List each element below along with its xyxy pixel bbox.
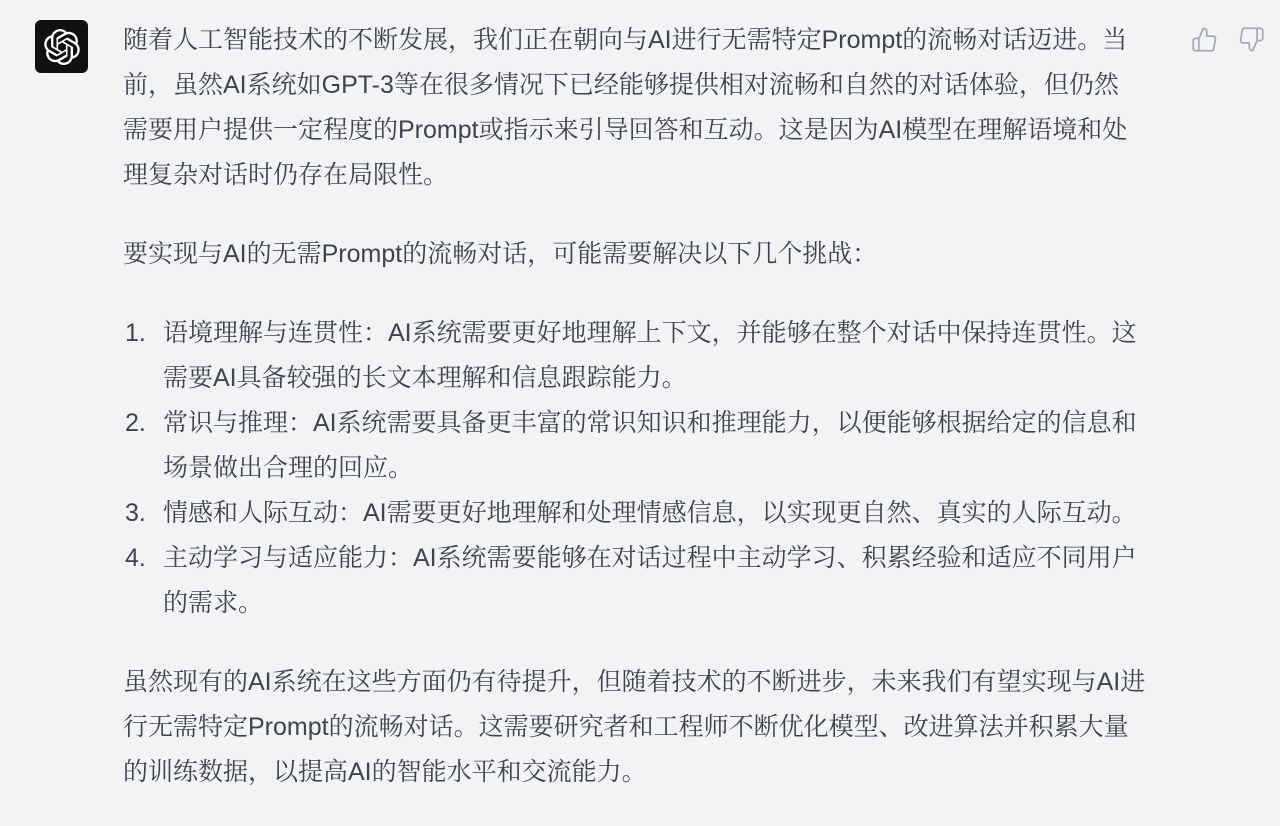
feedback-buttons (1190, 25, 1265, 53)
assistant-message: 随着人工智能技术的不断发展，我们正在朝向与AI进行无需特定Prompt的流畅对话… (0, 0, 1280, 826)
thumbs-up-button[interactable] (1190, 25, 1218, 53)
message-paragraph-intro: 随着人工智能技术的不断发展，我们正在朝向与AI进行无需特定Prompt的流畅对话… (123, 18, 1179, 198)
message-paragraph-challenges-intro: 要实现与AI的无需Prompt的流畅对话，可能需要解决以下几个挑战： (123, 232, 1179, 277)
list-item-text: 情感和人际互动：AI需要更好地理解和处理情感信息，以实现更自然、真实的人际互动。 (163, 491, 1179, 536)
thumbs-down-icon (1238, 26, 1265, 53)
challenges-list: 1. 语境理解与连贯性：AI系统需要更好地理解上下文，并能够在整个对话中保持连贯… (123, 311, 1179, 626)
list-item-number: 1. (123, 311, 163, 401)
list-item-text: 语境理解与连贯性：AI系统需要更好地理解上下文，并能够在整个对话中保持连贯性。这… (163, 311, 1179, 401)
list-item-number: 4. (123, 536, 163, 626)
thumbs-up-icon (1191, 26, 1218, 53)
list-item-4: 4. 主动学习与适应能力：AI系统需要能够在对话过程中主动学习、积累经验和适应不… (123, 536, 1179, 626)
list-item-number: 2. (123, 401, 163, 491)
list-item-text: 常识与推理：AI系统需要具备更丰富的常识知识和推理能力，以便能够根据给定的信息和… (163, 401, 1179, 491)
message-content: 随着人工智能技术的不断发展，我们正在朝向与AI进行无需特定Prompt的流畅对话… (123, 18, 1179, 795)
assistant-avatar (35, 20, 88, 73)
thumbs-down-button[interactable] (1237, 25, 1265, 53)
openai-logo-icon (44, 29, 80, 65)
message-paragraph-closing: 虽然现有的AI系统在这些方面仍有待提升，但随着技术的不断进步，未来我们有望实现与… (123, 660, 1179, 795)
list-item-number: 3. (123, 491, 163, 536)
list-item-1: 1. 语境理解与连贯性：AI系统需要更好地理解上下文，并能够在整个对话中保持连贯… (123, 311, 1179, 401)
list-item-text: 主动学习与适应能力：AI系统需要能够在对话过程中主动学习、积累经验和适应不同用户… (163, 536, 1179, 626)
list-item-2: 2. 常识与推理：AI系统需要具备更丰富的常识知识和推理能力，以便能够根据给定的… (123, 401, 1179, 491)
list-item-3: 3. 情感和人际互动：AI需要更好地理解和处理情感信息，以实现更自然、真实的人际… (123, 491, 1179, 536)
